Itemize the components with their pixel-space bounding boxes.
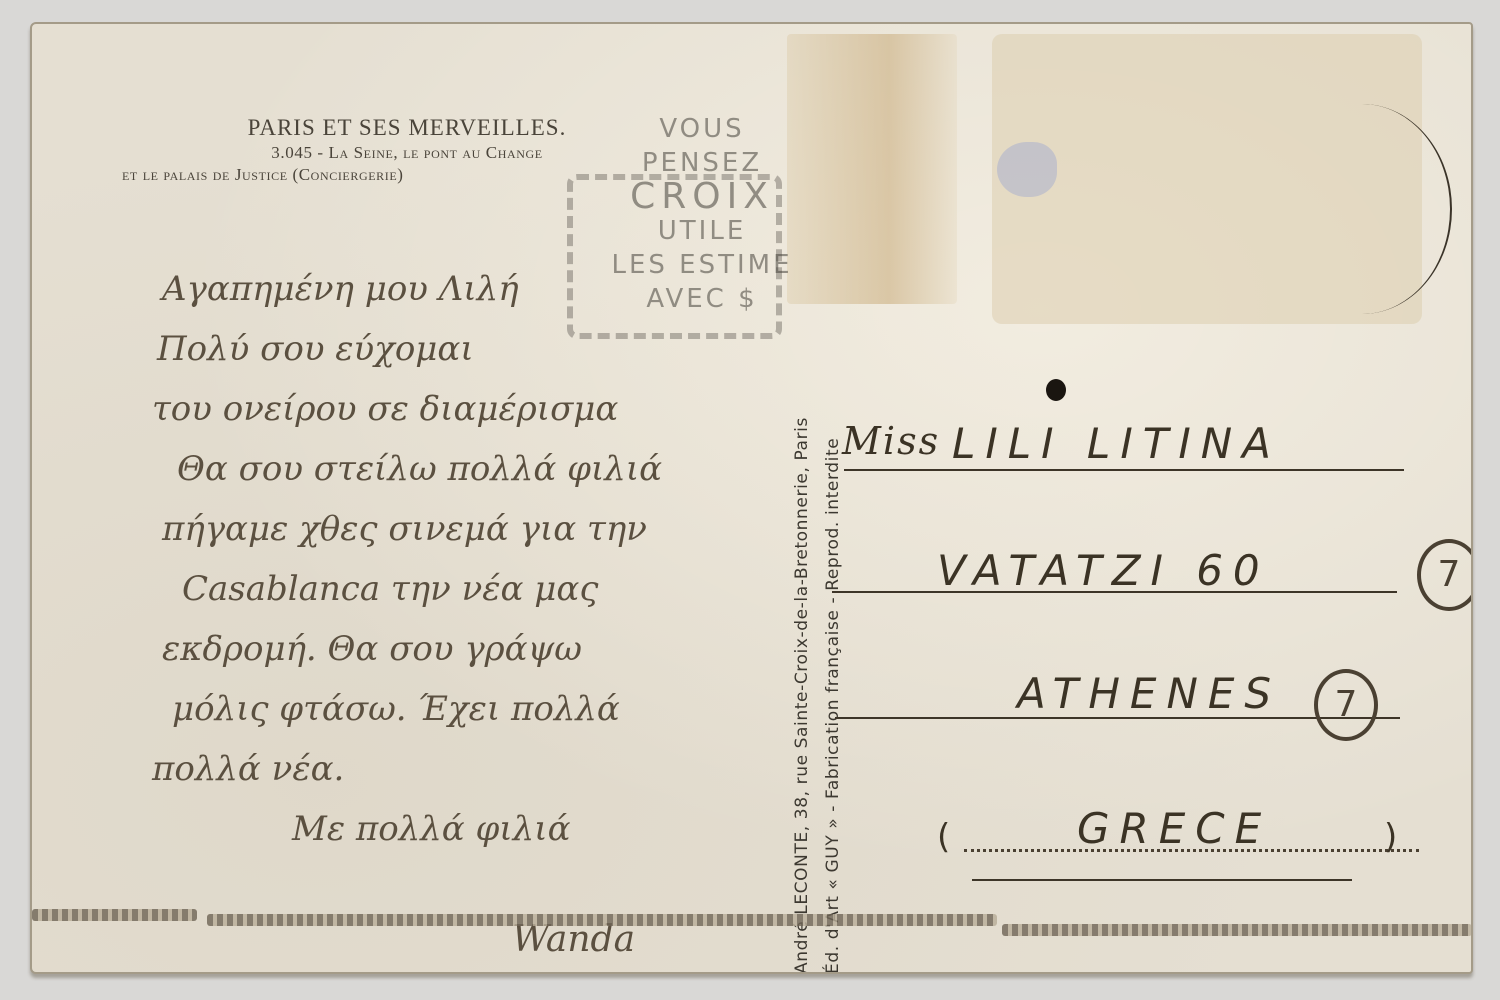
slogan-line: PENSEZ	[592, 146, 812, 180]
message-line: πολλά νέα.	[112, 739, 792, 799]
message-line: πήγαμε χθες σινεμά για την	[112, 499, 792, 559]
ink-blot	[1046, 379, 1066, 401]
serrated-edge	[1002, 924, 1472, 936]
address-name: LILI LITINA	[952, 419, 1281, 468]
postal-mark-circle: 7	[1417, 539, 1473, 611]
slogan-line: VOUS	[592, 112, 812, 146]
message-line: Με πολλά φιλιά	[112, 799, 792, 859]
postmark-circle	[1272, 104, 1452, 314]
message-line: Casablanca την νέα μας	[112, 559, 792, 619]
slogan-line: UTILE	[592, 214, 812, 248]
address-line-4	[972, 879, 1352, 881]
tape-stain	[787, 34, 957, 304]
paren-left: (	[937, 817, 950, 857]
message-line: εκδρομή. Θα σου γράψω	[112, 619, 792, 679]
postcard: PARIS ET SES MERVEILLES. 3.045 - La Sein…	[30, 22, 1473, 974]
handwritten-message: Αγαπημένη μου Λιλή Πολύ σου εύχομαι του …	[112, 259, 792, 859]
slogan-line: CROIX	[592, 180, 812, 214]
message-line: μόλις φτάσω. Έχει πολλά	[112, 679, 792, 739]
publisher-imprint: André LECONTE, 38, rue Sainte-Croix-de-l…	[787, 417, 849, 974]
address-country: GRECE	[1077, 804, 1271, 853]
message-line: Θα σου στείλω πολλά φιλιά	[112, 439, 792, 499]
message-line: Πολύ σου εύχομαι	[112, 319, 792, 379]
paren-right: )	[1384, 817, 1397, 857]
message-line: του ονείρου σε διαμέρισμα	[112, 379, 792, 439]
address-street: VATATZI 60	[937, 546, 1270, 595]
message-line: Αγαπημένη μου Λιλή	[112, 259, 792, 319]
serrated-edge	[32, 909, 197, 921]
ink-smudge	[997, 142, 1057, 197]
address-city: ATHENES	[1017, 669, 1281, 718]
serrated-edge	[207, 914, 997, 926]
address-line-2	[832, 591, 1397, 593]
address-line-1	[844, 469, 1404, 471]
address-salutation: Miss	[842, 419, 940, 463]
postal-mark-circle: 7	[1314, 669, 1378, 741]
publisher-line-2: Éd. d'Art « GUY » - Fabrication français…	[818, 417, 849, 974]
